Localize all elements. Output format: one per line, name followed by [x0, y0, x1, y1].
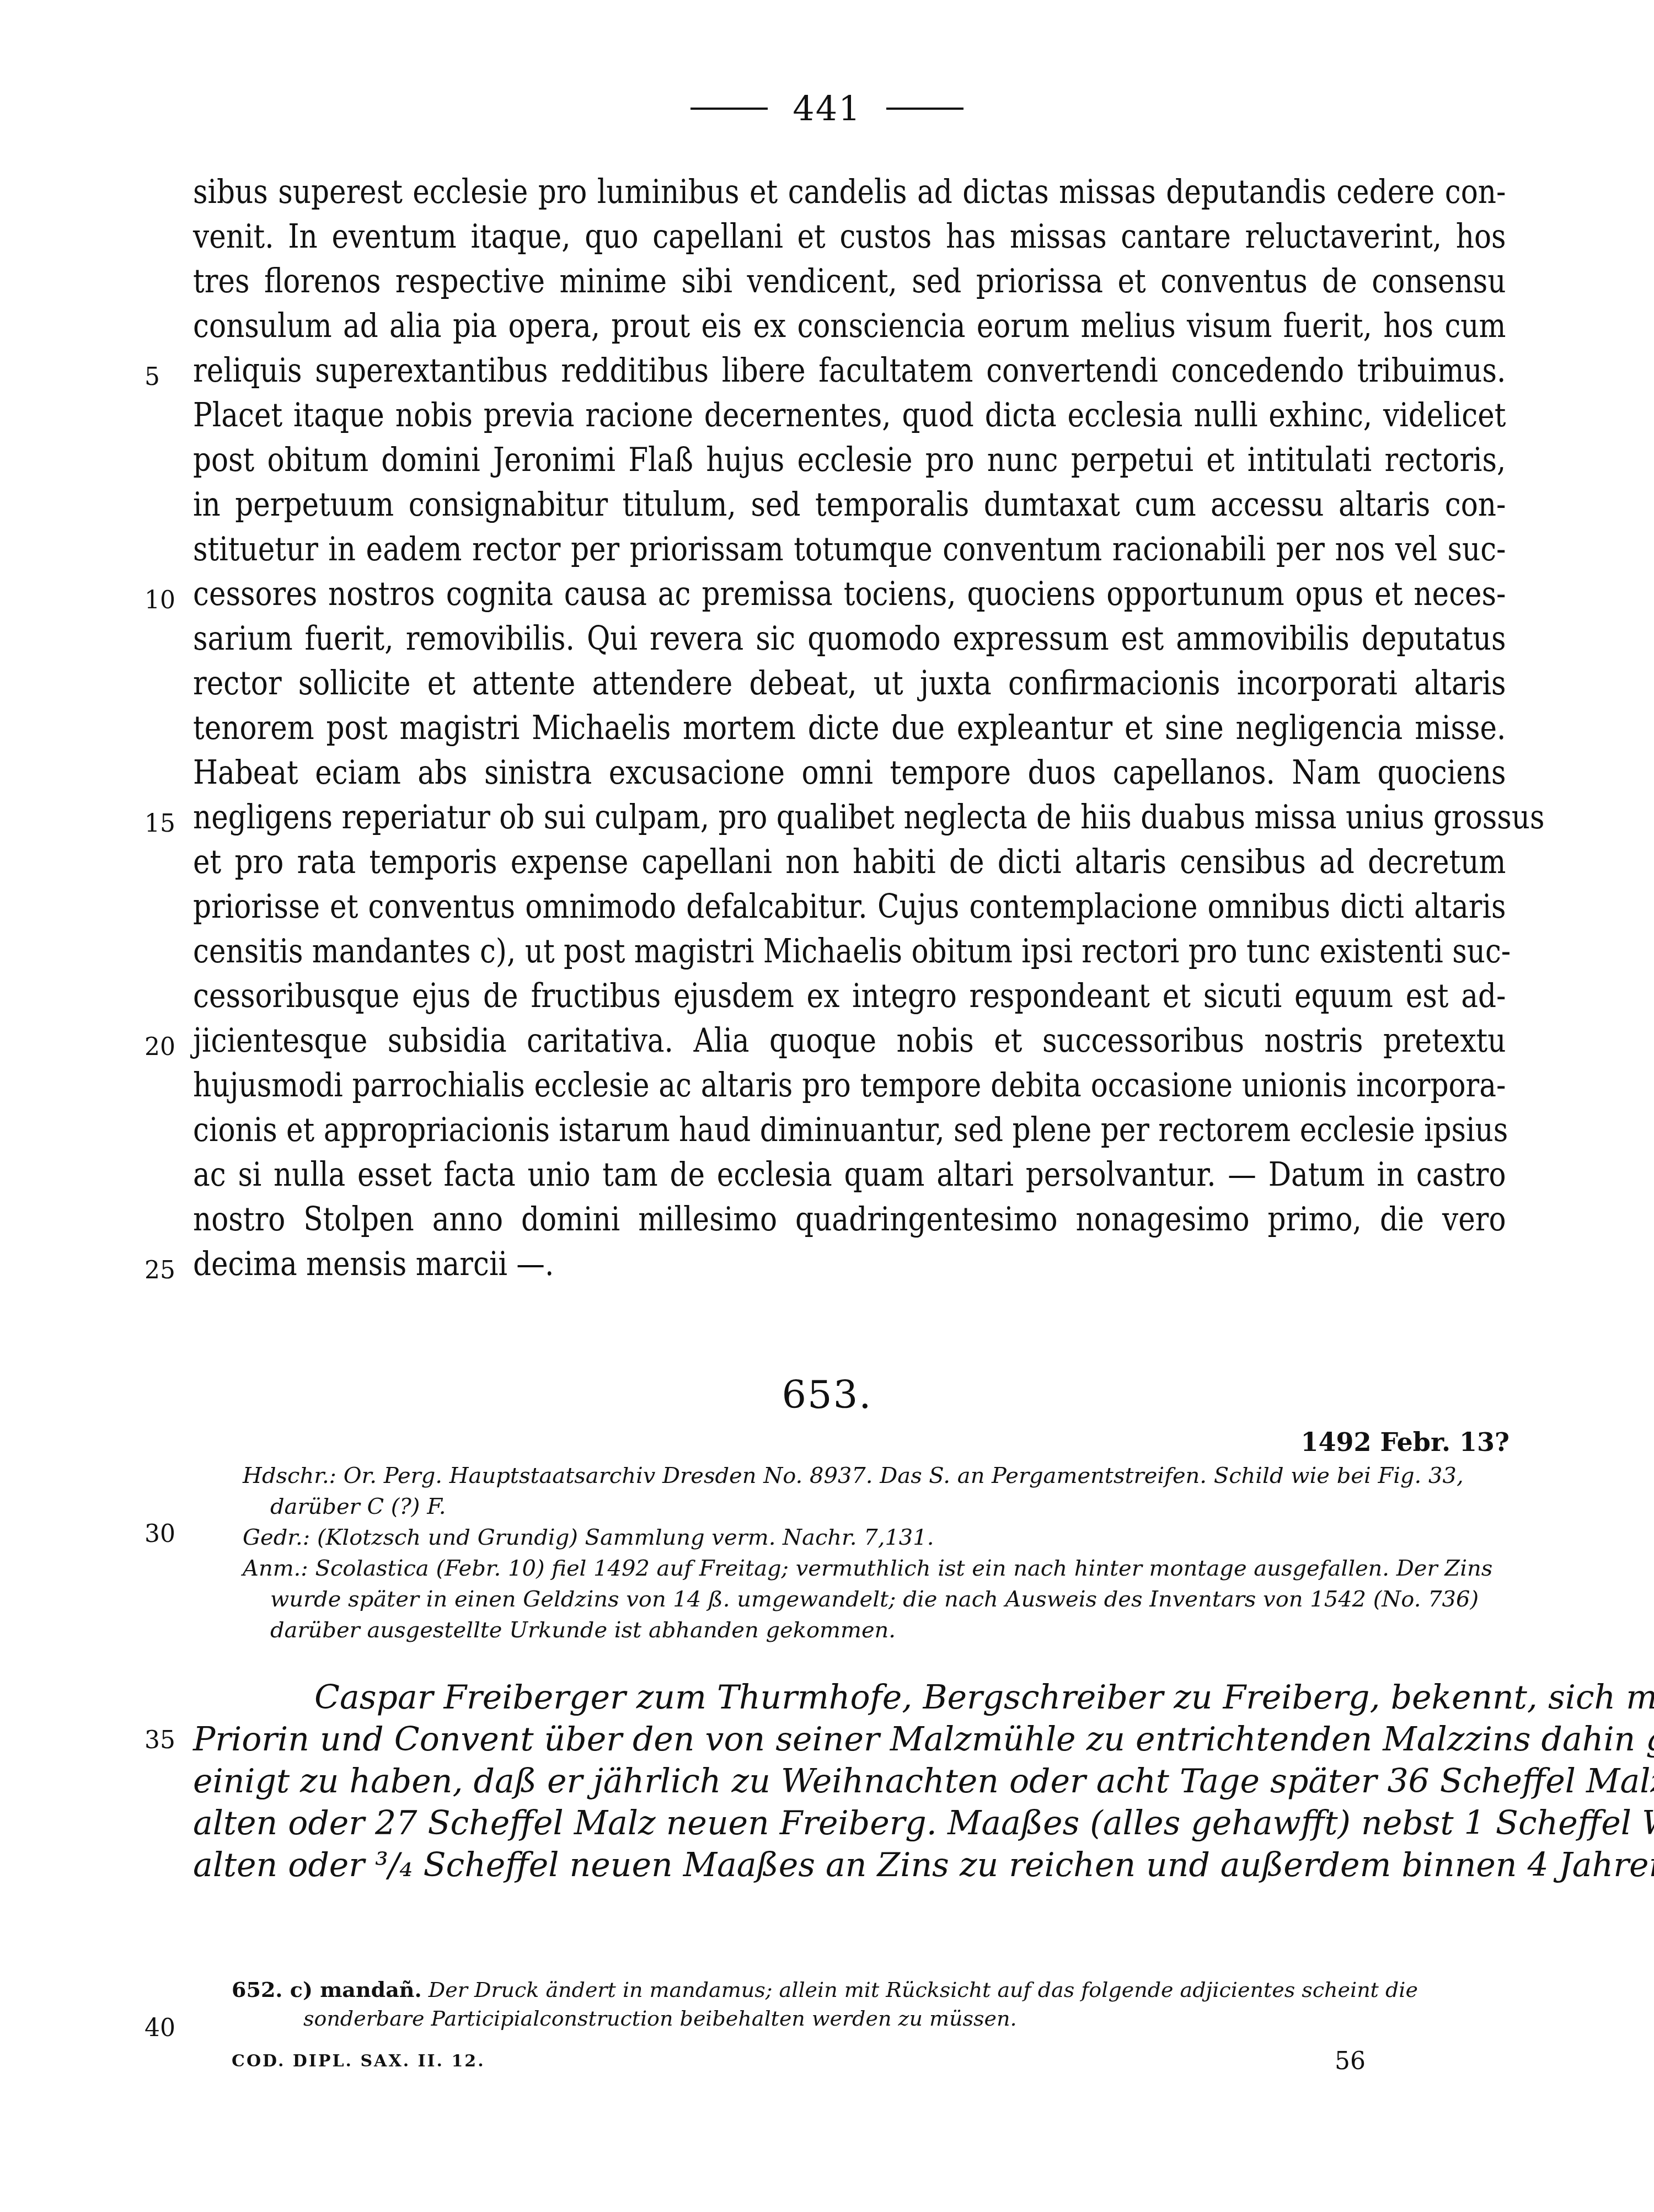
note-line: Anm.: Scolastica (Febr. 10) fiel 1492 au…: [243, 1553, 1506, 1584]
footnote-label: 652. c) mandañ.: [232, 1977, 422, 2002]
line-number: 10: [144, 586, 175, 614]
regest-line: einigt zu haben, daß er jährlich zu Weih…: [193, 1760, 1506, 1802]
note-line: darüber ausgestellte Urkunde ist abhande…: [243, 1615, 1506, 1646]
text-line: censitis mandantes c), ut post magistri …: [193, 929, 1506, 974]
text-line: venit. In eventum itaque, quo capellani …: [193, 215, 1506, 259]
note-text: wurde später in einen Geldzins von 14 ß.…: [270, 1587, 1479, 1612]
line-number: 40: [144, 2014, 175, 2042]
text-line: rector sollicite et attente attendere de…: [193, 661, 1506, 706]
document-page: 441 510152025303540 sibus superest eccle…: [0, 0, 1654, 2212]
text-line: reliquis superextantibus redditibus libe…: [193, 349, 1506, 393]
line-number: 25: [144, 1256, 175, 1284]
text-line: stituetur in eadem rector per priorissam…: [193, 527, 1506, 572]
text-line: hujusmodi parrochialis ecclesie ac altar…: [193, 1063, 1506, 1108]
page-number: 441: [793, 88, 861, 128]
text-line: cessoribusque ejus de fructibus ejusdem …: [193, 974, 1506, 1019]
text-line: cessores nostros cognita causa ac premis…: [193, 572, 1506, 617]
archival-notes: Hdschr.: Or. Perg. Hauptstaatsarchiv Dre…: [243, 1460, 1506, 1646]
note-text: Scolastica (Febr. 10) fiel 1492 auf Frei…: [315, 1556, 1493, 1581]
text-line: cionis et appropriacionis istarum haud d…: [193, 1108, 1506, 1153]
line-number: 20: [144, 1033, 175, 1061]
text-line: priorisse et conventus omnimodo defalcab…: [193, 885, 1506, 929]
page-header: 441: [0, 88, 1654, 128]
note-label: Hdschr.:: [243, 1463, 336, 1488]
note-label: Gedr.:: [243, 1525, 310, 1550]
line-number: 5: [144, 363, 160, 391]
regest-summary: Caspar Freiberger zum Thurmhofe, Bergsch…: [193, 1677, 1506, 1886]
text-line: nostro Stolpen anno domini millesimo qua…: [193, 1197, 1506, 1242]
text-line: decima mensis marcii —.: [193, 1242, 1506, 1287]
text-line: sibus superest ecclesie pro luminibus et…: [193, 170, 1506, 215]
text-line: negligens reperiatur ob sui culpam, pro …: [193, 795, 1506, 840]
text-line: consulum ad alia pia opera, prout eis ex…: [193, 304, 1506, 349]
text-line: et pro rata temporis expense capellani n…: [193, 840, 1506, 885]
note-text: darüber ausgestellte Urkunde ist abhande…: [270, 1618, 896, 1643]
note-text: darüber C (?) F.: [270, 1494, 446, 1519]
sheet-number: 56: [1335, 2047, 1366, 2075]
footnote-text: Der Druck ändert in mandamus; allein mit…: [429, 1978, 1418, 2002]
note-line: Gedr.: (Klotzsch und Grundig) Sammlung v…: [243, 1522, 1506, 1553]
regest-line: Caspar Freiberger zum Thurmhofe, Bergsch…: [193, 1677, 1506, 1718]
text-line: Habeat eciam abs sinistra excusacione om…: [193, 751, 1506, 795]
line-number: 15: [144, 810, 175, 838]
note-text: (Klotzsch und Grundig) Sammlung verm. Na…: [317, 1525, 934, 1550]
text-line: post obitum domini Jeronimi Flaß hujus e…: [193, 438, 1506, 483]
header-rule-left: [690, 108, 768, 110]
text-line: Placet itaque nobis previa racione decer…: [193, 393, 1506, 438]
footnote-line: sonderbare Participialconstruction beibe…: [232, 2004, 1511, 2033]
regest-line: alten oder 27 Scheffel Malz neuen Freibe…: [193, 1802, 1506, 1844]
regest-line: Priorin und Convent über den von seiner …: [193, 1718, 1506, 1760]
document-number: 653.: [0, 1372, 1654, 1417]
line-number: 35: [144, 1726, 175, 1754]
footnote-line: 652. c) mandañ. Der Druck ändert in mand…: [232, 1975, 1511, 2004]
header-rule-right: [886, 108, 964, 110]
footnote: 652. c) mandañ. Der Druck ändert in mand…: [232, 1975, 1511, 2033]
note-line: wurde später in einen Geldzins von 14 ß.…: [243, 1584, 1506, 1615]
note-text: Or. Perg. Hauptstaatsarchiv Dresden No. …: [344, 1463, 1464, 1488]
regest-line: alten oder ³/₄ Scheffel neuen Maaßes an …: [193, 1844, 1506, 1886]
line-number: 30: [144, 1520, 175, 1548]
note-label: Anm.:: [243, 1556, 308, 1581]
note-line: darüber C (?) F.: [243, 1491, 1506, 1522]
text-line: tres florenos respective minime sibi ven…: [193, 259, 1506, 304]
signature-mark: COD. DIPL. SAX. II. 12.: [232, 2052, 485, 2071]
text-line: in perpetuum consignabitur titulum, sed …: [193, 483, 1506, 527]
text-line: ac si nulla esset facta unio tam de eccl…: [193, 1153, 1506, 1197]
document-date: 1492 Febr. 13?: [1300, 1427, 1510, 1457]
main-text-body: sibus superest ecclesie pro luminibus et…: [193, 170, 1506, 1287]
text-line: sarium fuerit, removibilis. Qui revera s…: [193, 617, 1506, 661]
text-line: tenorem post magistri Michaelis mortem d…: [193, 706, 1506, 751]
text-line: jicientesque subsidia caritativa. Alia q…: [193, 1019, 1506, 1063]
note-line: Hdschr.: Or. Perg. Hauptstaatsarchiv Dre…: [243, 1460, 1506, 1491]
footnote-text: sonderbare Participialconstruction beibe…: [303, 2006, 1017, 2031]
